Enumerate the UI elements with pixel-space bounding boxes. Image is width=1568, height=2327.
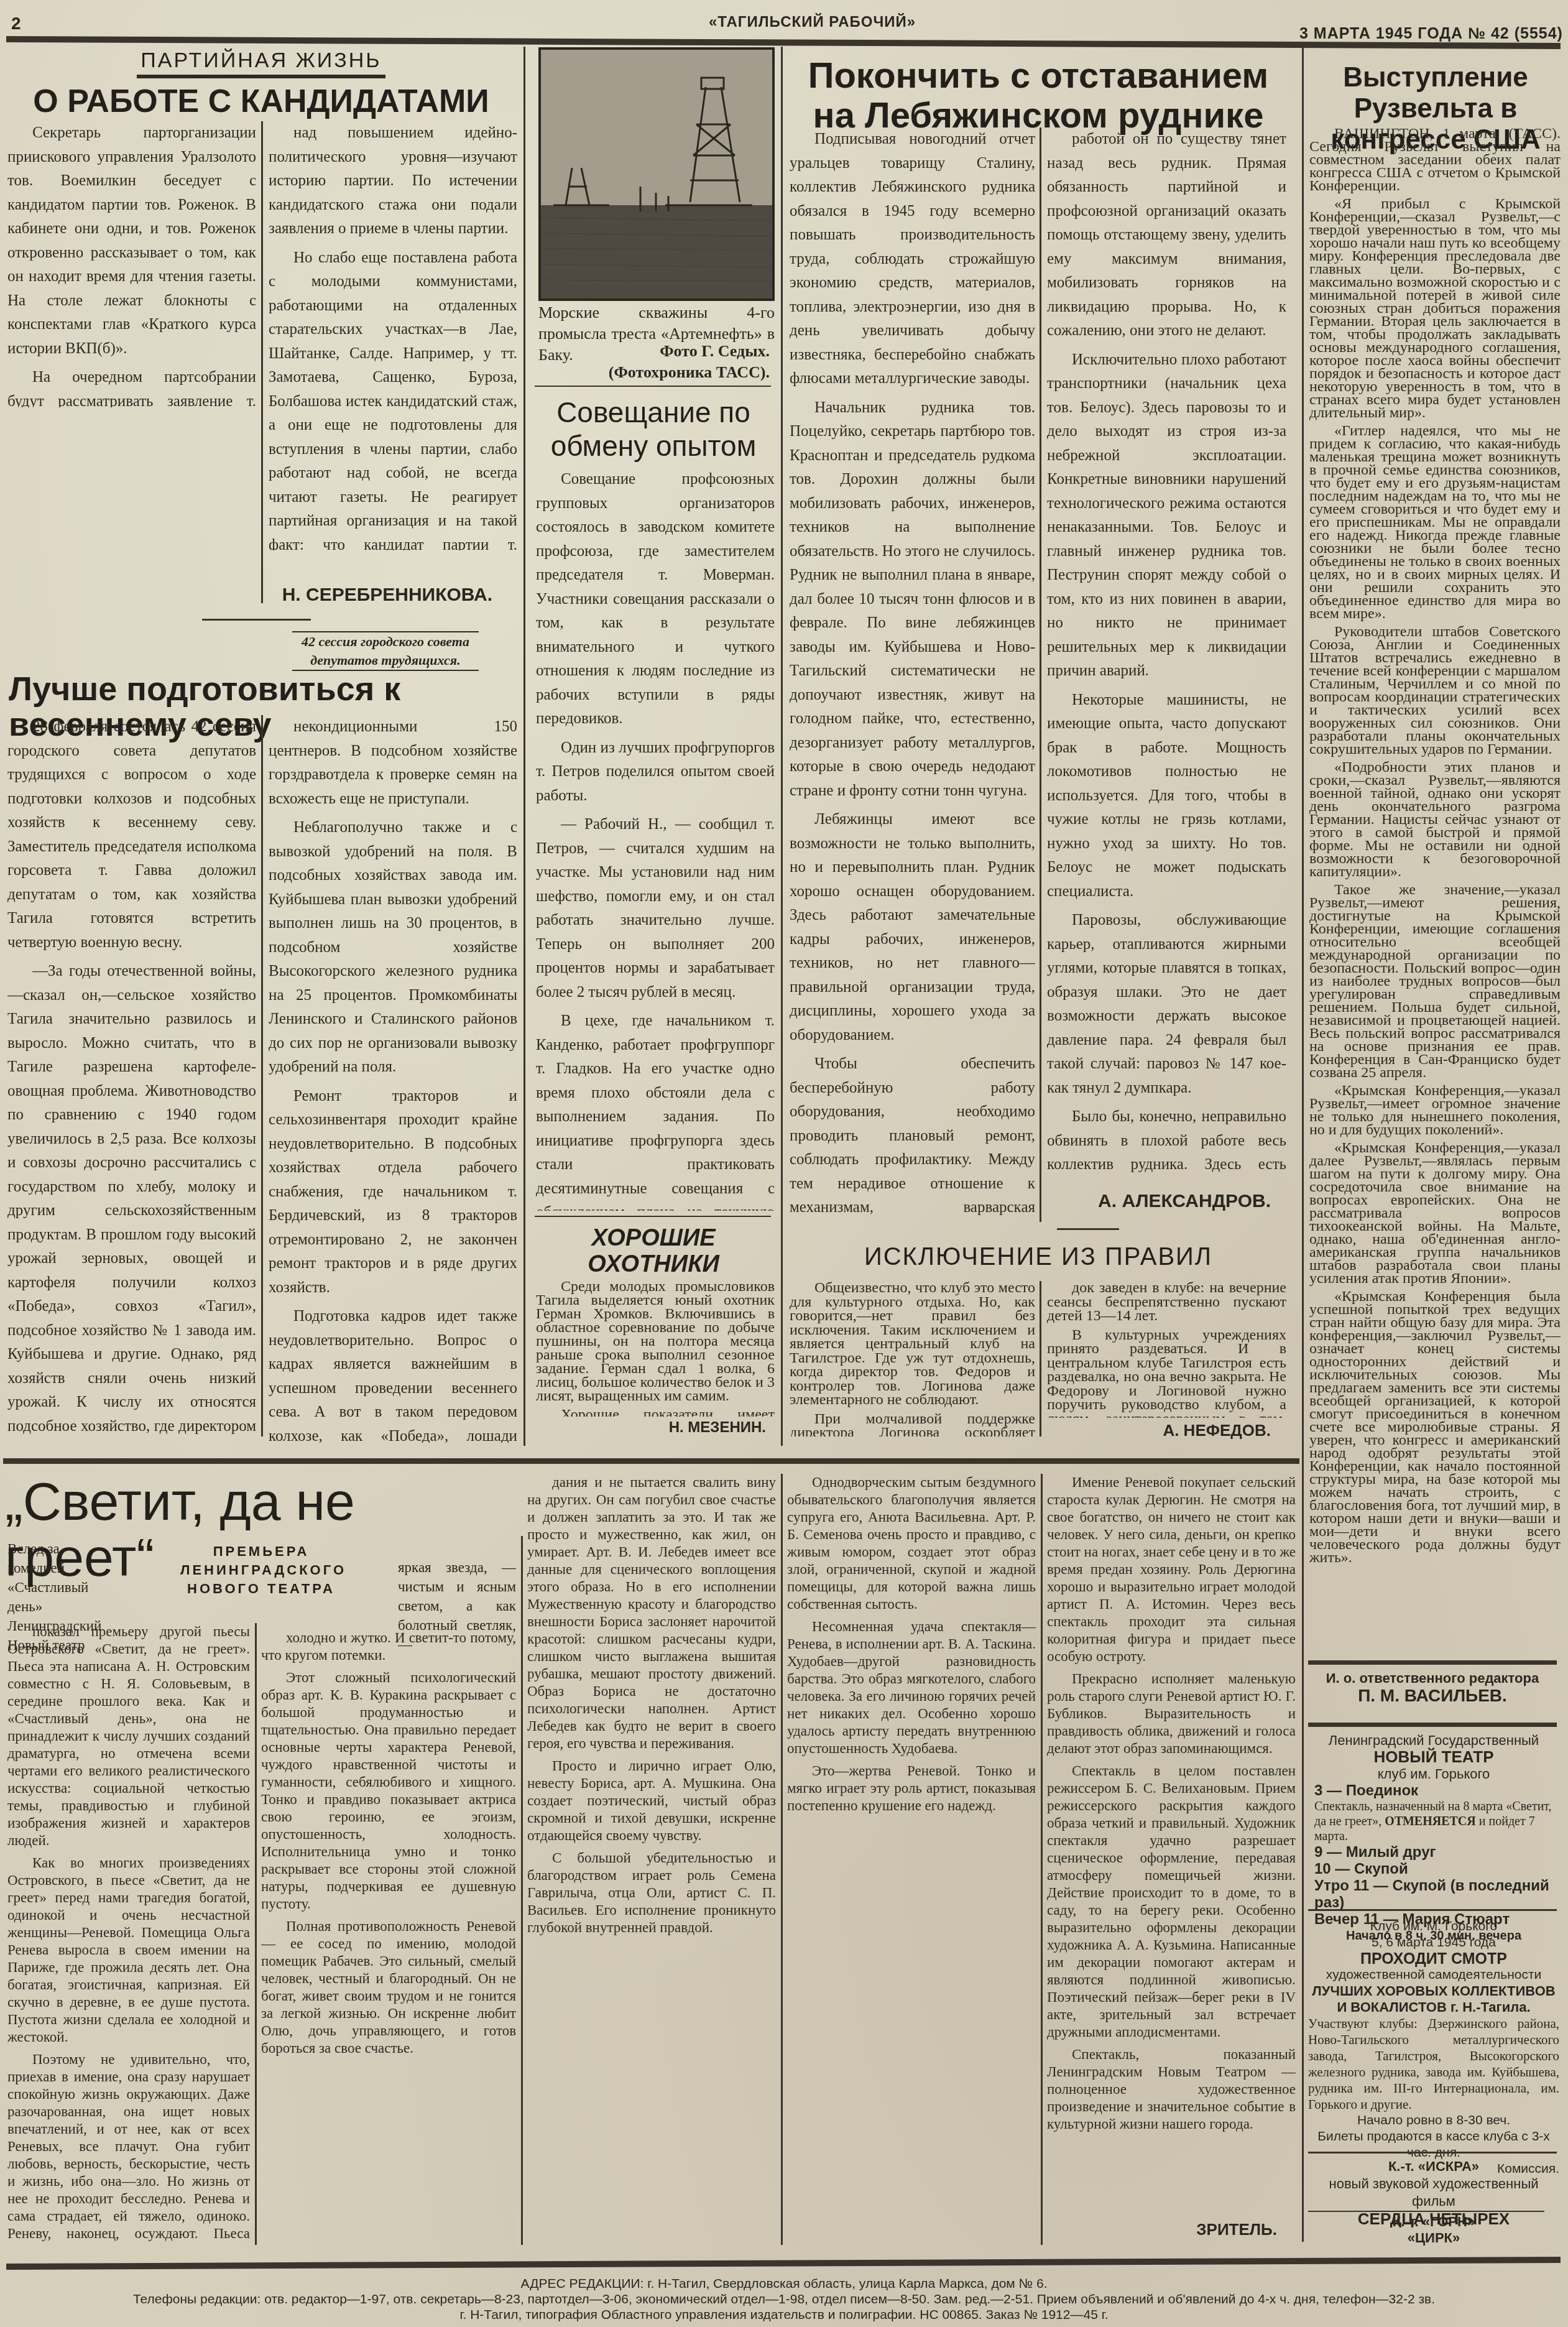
author-signature: ЗРИТЕЛЬ. <box>1047 2220 1277 2239</box>
session-rubric: 42 сессия городского совета депутатов тр… <box>292 631 479 671</box>
imprint: АДРЕС РЕДАКЦИИ: г. Н-Тагил, Свердловская… <box>0 2276 1568 2323</box>
article-column: ВАШИНГТОН, 1 марта. (ТАСС). Сегодня Рузв… <box>1309 127 1561 1657</box>
divider <box>1308 2211 1544 2212</box>
article-title: Покончить с отставанием на Лебяжинском р… <box>790 56 1287 136</box>
author-signature: А. НЕФЕДОВ. <box>1047 1421 1271 1440</box>
schedule-item: 3 — Поединок <box>1314 1782 1559 1799</box>
divider <box>1308 2152 1557 2154</box>
schedule-item: Утро 11 — Скупой (в последний раз) <box>1314 1877 1559 1911</box>
article-column: Общеизвестно, что клуб это место для кул… <box>790 1281 1035 1436</box>
review-column: показал премьеру другой пьесы Островског… <box>7 1623 250 2245</box>
author-signature: А. АЛЕКСАНДРОВ. <box>1047 1191 1271 1212</box>
article-title: ИСКЛЮЧЕНИЕ ИЗ ПРАВИЛ <box>790 1244 1287 1270</box>
review-column: Имение Реневой покупает сельский старост… <box>1047 1474 1296 2214</box>
review-rubric: ПРЕМЬЕРА ЛЕНИНГРАДСКОГО НОВОГО ТЕАТРА <box>180 1542 342 1598</box>
divider <box>535 1216 771 1217</box>
column-divider <box>1302 47 1304 2242</box>
article-column: над повышением идейно-политического уров… <box>269 121 517 550</box>
issue-info: 3 МАРТА 1945 ГОДА № 42 (5554) <box>1299 25 1563 43</box>
column-divider <box>781 47 783 1446</box>
divider <box>535 386 771 387</box>
article-column: некондиционными 150 центнеров. В подсобн… <box>269 715 517 1443</box>
photo-credit: Фото Г. Седых. (Фотохроника ТАСС). <box>538 341 770 383</box>
column-divider <box>521 1536 523 2245</box>
editor-credit: И. о. ответственного редактора П. М. ВАС… <box>1308 1670 1557 1705</box>
divider <box>1308 1723 1557 1727</box>
section-divider <box>3 1458 1299 1464</box>
review-column: холодно и жутко. И светит-то потому, что… <box>261 1629 516 2245</box>
review-column: дания и не пытается свалить вину на друг… <box>527 1474 776 2245</box>
article-column: Секретарь парторганизации приискового уп… <box>7 121 256 407</box>
divider <box>1057 1228 1119 1230</box>
article-title: Совещание по обмену опытом <box>532 396 775 463</box>
article-column: Подписывая новогодний отчет уральцев тов… <box>790 127 1035 1222</box>
schedule-item: 10 — Скупой <box>1314 1861 1559 1877</box>
article-column: Среди молодых промысловиков Тагила выдел… <box>536 1280 775 1417</box>
party-life-article: ПАРТИЙНАЯ ЖИЗНЬ О РАБОТЕ С КАНДИДАТАМИ <box>0 50 522 118</box>
rubric: ПАРТИЙНАЯ ЖИЗНЬ <box>0 50 522 72</box>
article-column: Совещание профсоюзных групповых организа… <box>536 468 775 1211</box>
schedule-item: 9 — Милый друг <box>1314 1844 1559 1861</box>
footer-rule <box>6 2257 1561 2270</box>
column-divider <box>1040 127 1041 1222</box>
column-divider <box>781 1474 783 2245</box>
column-divider <box>261 715 263 1436</box>
article-title: О РАБОТЕ С КАНДИДАТАМИ <box>0 85 522 119</box>
theatre-ad: Ленинградский Государственный НОВЫЙ ТЕАТ… <box>1308 1732 1559 1945</box>
column-divider <box>261 121 263 603</box>
column-divider <box>1040 1281 1041 1436</box>
cinema-ad-gorn: К.-т. «ГОРН» «ЦИРК» <box>1308 2214 1559 2246</box>
divider <box>1308 1660 1557 1665</box>
club-ad: Клуб им. М. Горького 5, 6 марта 1945 год… <box>1308 1918 1559 2177</box>
review-column: Однодворческим сытым бездумного обывател… <box>787 1474 1036 2245</box>
schedule-list: 3 — ПоединокСпектакль, назначенный на 8 … <box>1308 1782 1559 1928</box>
article-title: ХОРОШИЕ ОХОТНИКИ <box>532 1225 775 1277</box>
article-column-cont <box>7 417 256 609</box>
column-divider <box>255 1623 257 2245</box>
cancellation-notice: Спектакль, назначенный на 8 марта «Свети… <box>1314 1799 1559 1844</box>
rubric-underline <box>137 75 385 78</box>
newspaper-page: 2 «ТАГИЛЬСКИЙ РАБОЧИЙ» 3 МАРТА 1945 ГОДА… <box>0 0 1568 2327</box>
ornament-divider <box>202 619 311 621</box>
page-number: 2 <box>11 14 22 34</box>
column-divider <box>1041 1474 1043 2245</box>
author-signature: Н. СЕРЕБРЕННИКОВА. <box>269 585 492 606</box>
article-column: 28 февраля состоялась 42 сессия городско… <box>7 715 256 1443</box>
author-signature: Н. МЕЗЕНИН. <box>536 1419 766 1436</box>
article-column: док заведен в клубе: на вечерние сеансы … <box>1047 1281 1286 1418</box>
article-column: работой он по существу тянет назад весь … <box>1047 127 1286 1185</box>
oil-derrick-photo <box>538 47 775 301</box>
column-divider <box>523 47 525 1446</box>
divider <box>1308 1909 1557 1911</box>
paper-name: «ТАГИЛЬСКИЙ РАБОЧИЙ» <box>709 14 916 31</box>
oil-derrick-icon <box>541 50 772 298</box>
